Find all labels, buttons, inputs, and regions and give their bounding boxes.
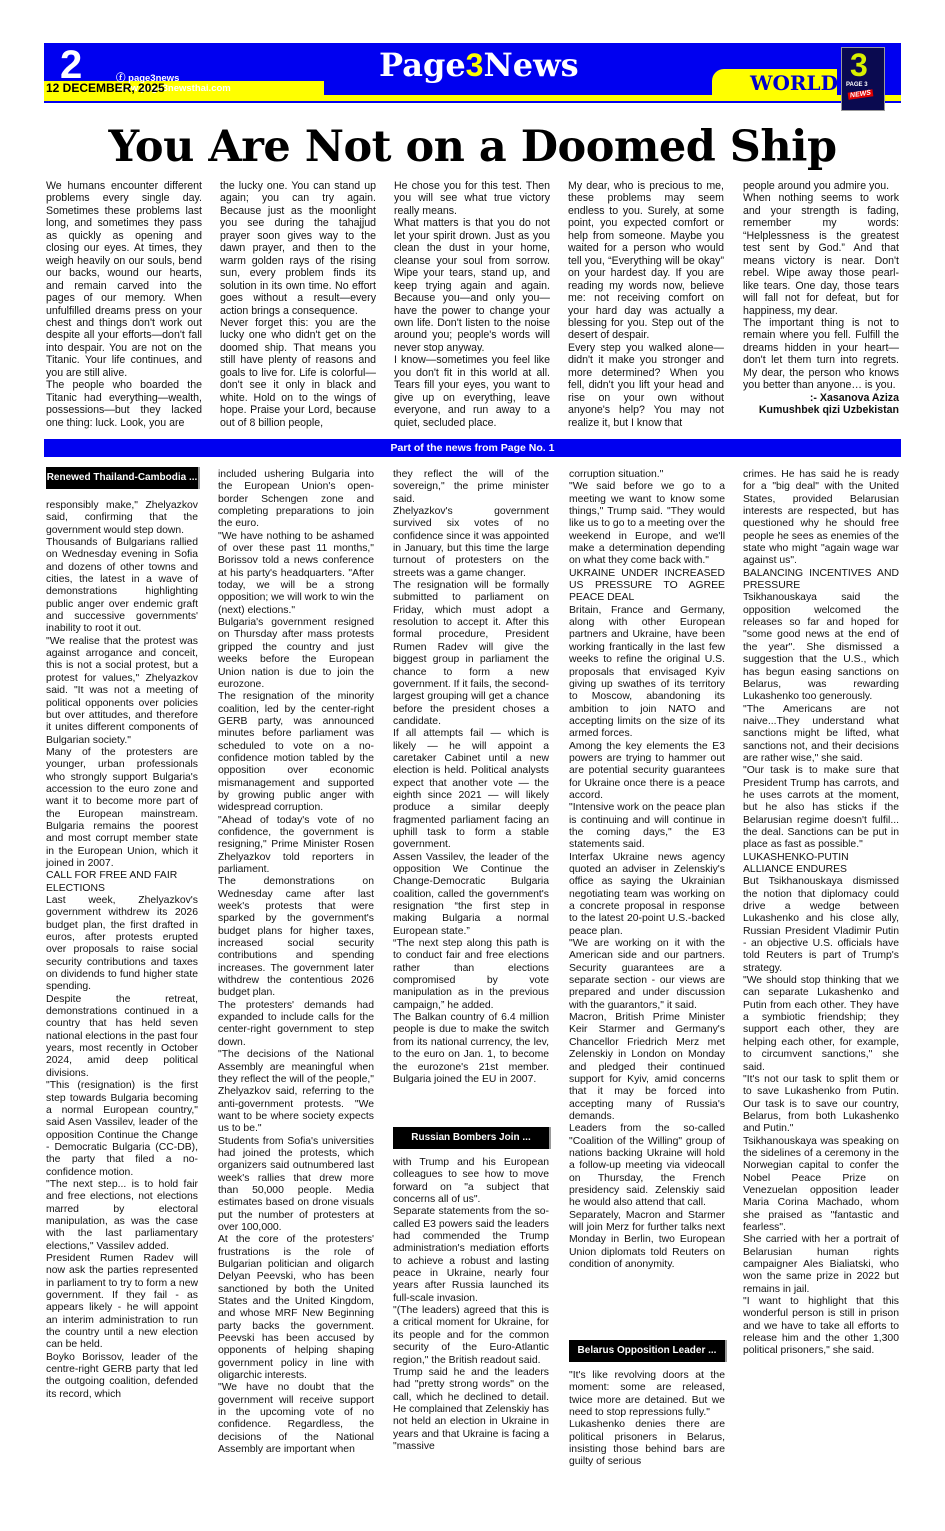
newspaper-logo: Page3News — [379, 47, 579, 83]
paragraph: Never forget this: you are the lucky one… — [220, 317, 376, 429]
paragraph: The important thing is not to remain whe… — [743, 317, 899, 392]
news-column-4: corruption situation." "We said before w… — [569, 469, 725, 1271]
paragraph: "We have no doubt that the government wi… — [218, 1382, 374, 1456]
author-signature: :- Xasanova Aziza — [743, 392, 899, 404]
paragraph: Interfax Ukraine news agency quoted an a… — [569, 852, 725, 938]
paragraph: they reflect the will of the sovereign,"… — [393, 469, 549, 506]
feature-column-5: people around you admire you. When nothi… — [743, 180, 899, 417]
paragraph: "We are working on it with the American … — [569, 938, 725, 1012]
paragraph: My dear, who is precious to me, these pr… — [568, 180, 724, 342]
paragraph: At the core of the protesters' frustrati… — [218, 1234, 374, 1382]
paragraph: If all attempts fail — which is likely —… — [393, 728, 549, 851]
logo-number: 3 — [850, 48, 868, 82]
paragraph: When nothing seems to work and your stre… — [743, 192, 899, 317]
news-column-3: they reflect the will of the sovereign,"… — [393, 469, 549, 1086]
page-number: 2 — [60, 45, 82, 85]
paragraph: "It's not our task to split them or to s… — [743, 1074, 899, 1136]
paragraph: "Ahead of today's vote of no confidence,… — [218, 815, 374, 877]
paragraph: She carried with her a portrait of Belar… — [743, 1234, 899, 1296]
subheading: UKRAINE UNDER INCREASED US PRESSURE TO A… — [569, 568, 725, 605]
paragraph: The resignation will be formally submitt… — [393, 580, 549, 728]
paragraph: “The next step along this path is to con… — [393, 938, 549, 1012]
paragraph: "We realise that the protest was against… — [46, 636, 198, 747]
paragraph: I know—sometimes you feel like you don't… — [394, 354, 550, 429]
story-label-belarus[interactable]: Belarus Opposition Leader ... — [569, 1340, 727, 1362]
paragraph: Boyko Borissov, leader of the centre-rig… — [46, 1352, 198, 1401]
paragraph: "Our task is to make sure that President… — [743, 765, 899, 851]
logo-line2: NEWS — [848, 89, 874, 99]
paragraph: "It's like revolving doors at the moment… — [569, 1370, 725, 1419]
paragraph: Macron, British Prime Minister Keir Star… — [569, 1012, 725, 1123]
subheading: CALL FOR FREE AND FAIR ELECTIONS — [46, 870, 198, 895]
paragraph: The protesters' demands had expanded to … — [218, 1000, 374, 1049]
paragraph: "We should stop thinking that we can sep… — [743, 975, 899, 1074]
feature-column-2: the lucky one. You can stand up again; y… — [220, 180, 376, 429]
news-column-3b: with Trump and his European colleagues t… — [393, 1157, 549, 1453]
paragraph: He chose you for this test. Then you wil… — [394, 180, 550, 217]
paragraph: Despite the retreat, demonstrations cont… — [46, 994, 198, 1080]
page3-logo-icon: 3 PAGE 3 NEWS — [841, 47, 885, 111]
news-column-2: included ushering Bulgaria into the Euro… — [218, 469, 374, 1457]
news-column-1: responsibly make," Zhelyazkov said, conf… — [46, 500, 198, 1401]
paragraph: Separately, Macron and Starmer will join… — [569, 1210, 725, 1272]
paragraph: Every step you walked alone—didn't it ma… — [568, 342, 724, 429]
paragraph: Separate statements from the so-called E… — [393, 1206, 549, 1305]
paragraph: Zhelyazkov's government survived six vot… — [393, 506, 549, 580]
paragraph: Last week, Zhelyazkov's government withd… — [46, 895, 198, 994]
feature-headline: You Are Not on a Doomed Ship — [0, 118, 945, 176]
masthead-banner: 2 ⓕ page3news www.page3newsthai.com 12 D… — [44, 43, 901, 103]
story-label-russian-bombers[interactable]: Russian Bombers Join ... — [393, 1127, 551, 1149]
paragraph: Lukashenko denies there are political pr… — [569, 1419, 725, 1468]
paragraph: But Tsikhanouskaya dismissed the notion … — [743, 876, 899, 975]
paragraph: "(The leaders) agreed that this is a cri… — [393, 1305, 549, 1367]
paragraph: "This (resignation) is the first step to… — [46, 1080, 198, 1179]
paragraph: "Intensive work on the peace plan is con… — [569, 802, 725, 851]
paragraph: Trump said he and the leaders had "prett… — [393, 1367, 549, 1453]
paragraph: Britain, France and Germany, along with … — [569, 605, 725, 741]
feature-column-4: My dear, who is precious to me, these pr… — [568, 180, 724, 429]
paragraph: corruption situation." — [569, 469, 725, 481]
paragraph: Tsikhanouskaya was speaking on the sidel… — [743, 1136, 899, 1235]
logo-line1: PAGE 3 — [846, 82, 868, 88]
paragraph: The demonstrations on Wednesday came aft… — [218, 876, 374, 999]
feature-column-1: We humans encounter different problems e… — [46, 180, 202, 429]
news-column-5: crimes. He has said he is ready for a "b… — [743, 469, 899, 1358]
paragraph: the lucky one. You can stand up again; y… — [220, 180, 376, 317]
paragraph: people around you admire you. — [743, 180, 899, 192]
section-label: WORLD — [750, 71, 838, 95]
author-location: Kumushbek qizi Uzbekistan — [743, 404, 899, 416]
paragraph: Among the key elements the E3 powers are… — [569, 741, 725, 803]
continuation-bar: Part of the news from Page No. 1 — [44, 439, 901, 457]
paragraph: Tsikhanouskaya said the opposition welco… — [743, 592, 899, 703]
paragraph: "I want to highlight that this wonderful… — [743, 1296, 899, 1358]
paragraph: crimes. He has said he is ready for a "b… — [743, 469, 899, 568]
paragraph: The people who boarded the Titanic had e… — [46, 379, 202, 429]
paragraph: Students from Sofia's universities had j… — [218, 1136, 374, 1235]
story-label-thailand[interactable]: Renewed Thailand-Cambodia ... — [46, 467, 200, 489]
subheading: BALANCING INCENTIVES AND PRESSURE — [743, 568, 899, 593]
paragraph: Bulgaria's government resigned on Thursd… — [218, 617, 374, 691]
subheading: LUKASHENKO-PUTIN ALLIANCE ENDURES — [743, 852, 899, 877]
paragraph: "We said before we go to a meeting we wa… — [569, 481, 725, 567]
masthead-three: 3 — [466, 47, 484, 83]
masthead-right: News — [483, 46, 578, 84]
paragraph: Thousands of Bulgarians rallied on Wedne… — [46, 537, 198, 636]
paragraph: responsibly make," Zhelyazkov said, conf… — [46, 500, 198, 537]
paragraph: The Balkan country of 6.4 million people… — [393, 1012, 549, 1086]
paragraph: "We have nothing to be ashamed of over t… — [218, 531, 374, 617]
paragraph: Assen Vassilev, the leader of the opposi… — [393, 852, 549, 938]
paragraph: President Rumen Radev will now ask the p… — [46, 1253, 198, 1352]
paragraph: What matters is that you do not let your… — [394, 217, 550, 354]
paragraph: "The decisions of the National Assembly … — [218, 1049, 374, 1135]
paragraph: We humans encounter different problems e… — [46, 180, 202, 379]
masthead-left: Page — [379, 46, 466, 84]
paragraph: "The next step... is to hold fair and fr… — [46, 1179, 198, 1253]
paragraph: "The Americans are not naive...They unde… — [743, 704, 899, 766]
paragraph: The resignation of the minority coalitio… — [218, 691, 374, 814]
issue-date: 12 DECEMBER, 2025 — [46, 81, 165, 95]
paragraph: Many of the protesters are younger, urba… — [46, 747, 198, 870]
news-column-4b: "It's like revolving doors at the moment… — [569, 1370, 725, 1469]
feature-column-3: He chose you for this test. Then you wil… — [394, 180, 550, 429]
paragraph: with Trump and his European colleagues t… — [393, 1157, 549, 1206]
paragraph: Leaders from the so-called "Coalition of… — [569, 1123, 725, 1209]
paragraph: included ushering Bulgaria into the Euro… — [218, 469, 374, 531]
